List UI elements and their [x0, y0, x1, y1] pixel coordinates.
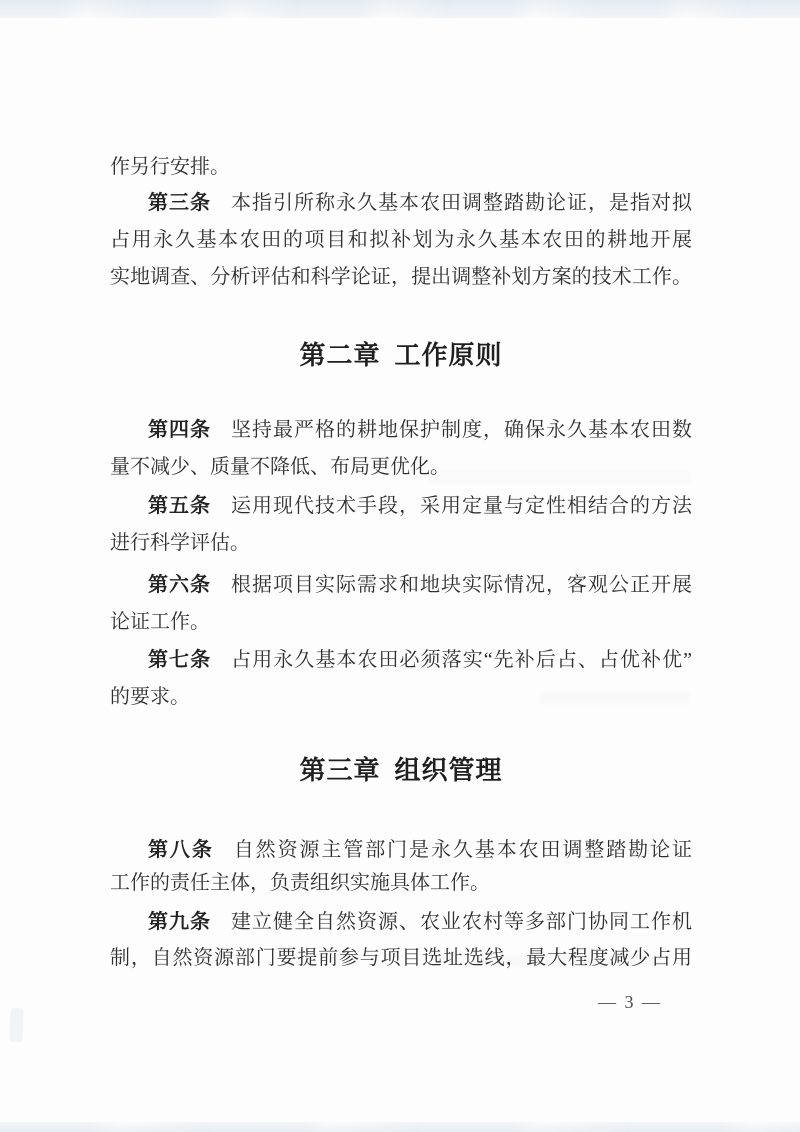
document-line: 工作的责任主体，负责组织实施具体工作。: [110, 868, 692, 898]
line-text: 工作的责任主体，负责组织实施具体工作。: [110, 872, 490, 894]
line-text: 占用永久基本农田的项目和拟补划为永久基本农田的耕地开展: [110, 229, 692, 251]
document-line: 进行科学评估。: [110, 528, 692, 558]
document-page: 作另行安排。 第三条本指引所称永久基本农田调整踏勘论证，是指对拟 占用永久基本农…: [0, 0, 800, 1132]
document-line: 第七条占用永久基本农田必须落实“先补后占、占优补优”: [110, 645, 692, 675]
document-line: 第四条坚持最严格的耕地保护制度，确保永久基本农田数: [110, 415, 692, 445]
line-text: 制，自然资源部门要提前参与项目选址选线，最大程度减少占用: [110, 947, 692, 969]
chapter-heading: 第三章组织管理: [110, 754, 692, 788]
document-line: 制，自然资源部门要提前参与项目选址选线，最大程度减少占用: [110, 943, 692, 973]
chapter-heading: 第二章工作原则: [110, 339, 692, 373]
scan-artifact-left: [9, 1008, 23, 1042]
article-number: 第八条: [148, 839, 214, 861]
document-line: 第三条本指引所称永久基本农田调整踏勘论证，是指对拟: [110, 188, 692, 218]
document-line: 第五条运用现代技术手段，采用定量与定性相结合的方法: [110, 491, 692, 521]
article-number: 第七条: [148, 649, 211, 671]
chapter-number: 第二章: [299, 341, 380, 370]
line-text: 占用永久基本农田必须落实“先补后占、占优补优”: [231, 649, 692, 671]
line-text: 进行科学评估。: [110, 532, 250, 554]
line-text: 的要求。: [110, 686, 190, 708]
line-text: 实地调查、分析评估和科学论证，提出调整补划方案的技术工作。: [110, 266, 692, 288]
document-line: 作另行安排。: [110, 152, 692, 182]
line-text: 作另行安排。: [110, 156, 230, 178]
article-number: 第四条: [148, 419, 211, 441]
line-text: 运用现代技术手段，采用定量与定性相结合的方法: [231, 495, 692, 517]
document-line: 第八条自然资源主管部门是永久基本农田调整踏勘论证: [110, 835, 692, 865]
line-text: 自然资源主管部门是永久基本农田调整踏勘论证: [234, 839, 692, 861]
document-line: 的要求。: [110, 682, 692, 712]
chapter-title: 工作原则: [395, 341, 503, 370]
document-line: 实地调查、分析评估和科学论证，提出调整补划方案的技术工作。: [110, 262, 692, 292]
document-line: 第六条根据项目实际需求和地块实际情况，客观公正开展: [110, 570, 692, 600]
line-text: 量不减少、质量不降低、布局更优化。: [110, 456, 450, 478]
article-number: 第九条: [148, 911, 211, 933]
document-line: 占用永久基本农田的项目和拟补划为永久基本农田的耕地开展: [110, 225, 692, 255]
article-number: 第五条: [148, 495, 211, 517]
line-text: 坚持最严格的耕地保护制度，确保永久基本农田数: [231, 419, 692, 441]
line-text: 建立健全自然资源、农业农村等多部门协同工作机: [231, 911, 692, 933]
page-number: — 3 —: [110, 990, 692, 1014]
line-text: 论证工作。: [110, 611, 210, 633]
document-line: 第九条建立健全自然资源、农业农村等多部门协同工作机: [110, 907, 692, 937]
document-line: 论证工作。: [110, 607, 692, 637]
scan-artifact-bottom: [0, 1122, 800, 1132]
chapter-number: 第三章: [299, 756, 380, 785]
scan-artifact-top: [0, 0, 800, 18]
document-line: 量不减少、质量不降低、布局更优化。: [110, 452, 692, 482]
chapter-title: 组织管理: [395, 756, 503, 785]
line-text: 本指引所称永久基本农田调整踏勘论证，是指对拟: [231, 192, 692, 214]
article-number: 第三条: [148, 192, 211, 214]
article-number: 第六条: [148, 574, 211, 596]
line-text: 根据项目实际需求和地块实际情况，客观公正开展: [231, 574, 692, 596]
